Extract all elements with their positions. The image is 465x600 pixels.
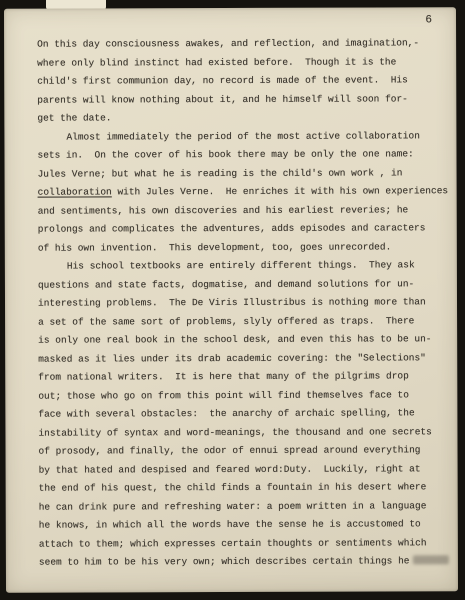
page-number: 6 <box>425 14 432 26</box>
typewritten-text: On this day consciousness awakes, and re… <box>37 34 454 572</box>
typewritten-line: the end of his quest, the child finds a … <box>39 478 454 498</box>
typewritten-line: sets in. On the cover of his book there … <box>37 145 452 165</box>
typewritten-line: child's first communion day, no record i… <box>37 71 452 91</box>
typewritten-line: interesting problems. The De Viris Illus… <box>38 293 453 313</box>
typewritten-line: of his own invention. This development, … <box>38 238 453 258</box>
typewritten-line: he can drink pure and refreshing water: … <box>39 497 454 517</box>
line-text: seem to him to be his very own; which de… <box>39 555 410 567</box>
typewritten-line: attach to them; which expresses certain … <box>39 534 454 554</box>
typewritten-line: get the date. <box>37 108 452 128</box>
typewritten-line: Jules Verne; but what he is reading is t… <box>38 164 453 184</box>
typewritten-line: collaboration with Jules Verne. He enric… <box>38 182 453 202</box>
typewritten-line: face with several obstacles: the anarchy… <box>38 404 453 424</box>
typewritten-line: Almost immediately the period of the mos… <box>37 127 452 147</box>
typewritten-line: masked as it lies under its drab academi… <box>38 349 453 369</box>
line-rest: with Jules Verne. He enriches it with hi… <box>112 185 448 197</box>
typewritten-line: is only one real book in the school desk… <box>38 330 453 350</box>
typewritten-line: seem to him to be his very own; which de… <box>39 552 454 572</box>
typewritten-line: a set of the same sort of problems, slyl… <box>38 312 453 332</box>
typewritten-line: questions and state facts, dogmatise, an… <box>38 275 453 295</box>
typewritten-line: and sentiments, his own discoveries and … <box>38 201 453 221</box>
typewritten-line: he knows, in which all the words have th… <box>39 515 454 535</box>
typewritten-line: where only blind instinct had existed be… <box>37 53 452 73</box>
typewritten-line: of prosody, and finally, the odor of enn… <box>38 441 453 461</box>
typewritten-line: instability of syntax and word-meanings,… <box>38 423 453 443</box>
typewritten-line: by that hated and despised and feared wo… <box>39 460 454 480</box>
typewritten-line: prolongs and complicates the adventures,… <box>38 219 453 239</box>
underlined-word: collaboration <box>38 186 112 197</box>
typewritten-line: out; those who go on from this point wil… <box>38 386 453 406</box>
scan-background: 6 On this day consciousness awakes, and … <box>0 0 465 600</box>
typewritten-line: His school textbooks are entirely differ… <box>38 256 453 276</box>
typewritten-line: from national writers. It is here that m… <box>38 367 453 387</box>
typewritten-line: On this day consciousness awakes, and re… <box>37 34 452 54</box>
manuscript-page: 6 On this day consciousness awakes, and … <box>4 7 458 593</box>
erased-text-smudge <box>412 555 448 564</box>
typewritten-line: parents will know nothing about it, and … <box>37 90 452 110</box>
